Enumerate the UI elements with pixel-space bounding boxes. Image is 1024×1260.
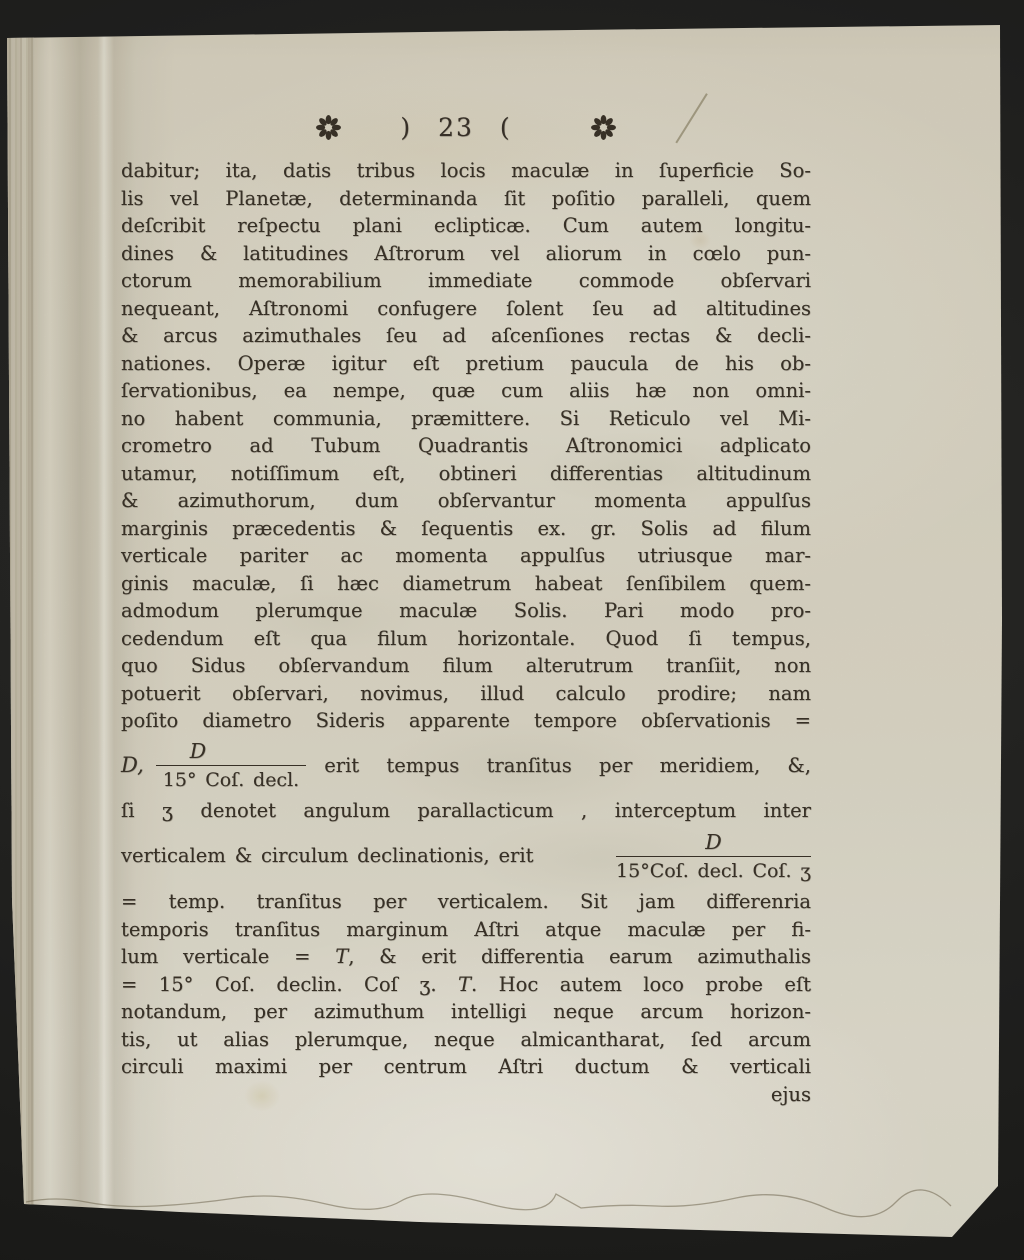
text-line: verticale pariter ac momenta appulſus ut… xyxy=(121,542,811,570)
book-page: ) 23 ( dabitur; ita, datis tribus locis … xyxy=(0,0,1024,1260)
fraction-numerator: D xyxy=(156,739,306,766)
page-header: ) 23 ( xyxy=(121,104,811,150)
text-segment: verticalem & circulum declinationis, eri… xyxy=(121,842,533,870)
text-line: nequeant, Aſtronomi confugere ſolent ſeu… xyxy=(121,295,811,323)
open-parenthesis: ) xyxy=(400,113,412,142)
paper-scratch xyxy=(675,93,707,143)
text-line: & arcus azimuthales ſeu ad aſcenſiones r… xyxy=(121,322,811,350)
text-line: ſervationibus, ea nempe, quæ cum aliis h… xyxy=(121,377,811,405)
text-line: = 15° Coſ. declin. Coſ ʒ. T. Hoc autem l… xyxy=(121,971,811,999)
text-line: lis vel Planetæ, determinanda ſit poſiti… xyxy=(121,185,811,213)
body-text: dabitur; ita, datis tribus locis maculæ … xyxy=(121,157,811,1108)
leaf-edges xyxy=(6,34,34,1208)
text-line: poſito diametro Sideris apparente tempor… xyxy=(121,707,811,735)
rosette-ornament-left xyxy=(315,114,342,141)
text-segment: = 15° Coſ. declin. Coſ ʒ. xyxy=(121,973,458,996)
math-variable: D, xyxy=(121,752,144,780)
text-line: admodum plerumque maculæ Solis. Pari mod… xyxy=(121,597,811,625)
text-line: marginis præcedentis & ſequentis ex. gr.… xyxy=(121,515,811,543)
fraction-numerator: D xyxy=(616,830,811,857)
gutter-shadow xyxy=(28,30,178,1216)
catchword: ejus xyxy=(121,1081,811,1109)
text-line: = temp. tranſitus per verticalem. Sit ja… xyxy=(121,888,811,916)
text-line: ſi ʒ denotet angulum parallacticum , int… xyxy=(121,797,811,825)
text-segment: . Hoc autem loco probe eſt xyxy=(471,973,811,996)
page-number-group: ) 23 ( xyxy=(400,113,511,142)
close-parenthesis: ( xyxy=(500,113,512,142)
text-line: circuli maximi per centrum Aſtri ductum … xyxy=(121,1053,811,1081)
text-line: crometro ad Tubum Quadrantis Aſtronomici… xyxy=(121,432,811,460)
page-number: 23 xyxy=(438,113,474,142)
text-segment: lum verticale = xyxy=(121,945,335,968)
text-line: no habent communia, præmittere. Si Retic… xyxy=(121,405,811,433)
text-line: dines & latitudines Aſtrorum vel aliorum… xyxy=(121,240,811,268)
bottom-crease xyxy=(26,1180,991,1226)
math-variable: T xyxy=(458,973,471,996)
fraction: D 15° Coſ. decl. xyxy=(156,739,306,792)
fraction-denominator: 15°Coſ. decl. Coſ. ʒ xyxy=(616,857,811,882)
formula-transit-vertical: verticalem & circulum declinationis, eri… xyxy=(121,824,811,888)
rosette-ornament-right xyxy=(590,114,617,141)
text-segment: erit tempus tranſitus per meridiem, &, xyxy=(324,752,811,780)
text-line: lum verticale = T, & erit differentia ea… xyxy=(121,943,811,971)
text-line: cedendum eſt qua filum horizontale. Quod… xyxy=(121,625,811,653)
math-variable: T xyxy=(335,945,348,968)
text-line: ctorum memorabilium immediate commode ob… xyxy=(121,267,811,295)
text-line: & azimuthorum, dum obſervantur momenta a… xyxy=(121,487,811,515)
text-line: notandum, per azimuthum intelligi neque … xyxy=(121,998,811,1026)
text-line: dabitur; ita, datis tribus locis maculæ … xyxy=(121,157,811,185)
text-line: temporis tranſitus marginum Aſtri atque … xyxy=(121,916,811,944)
text-line: quo Sidus obſervandum filum alterutrum t… xyxy=(121,652,811,680)
text-line: ginis maculæ, ſi hæc diametrum habeat ſe… xyxy=(121,570,811,598)
text-line: deſcribit reſpectu plani eclipticæ. Cum … xyxy=(121,212,811,240)
fraction: D 15°Coſ. decl. Coſ. ʒ xyxy=(616,830,811,883)
fraction-denominator: 15° Coſ. decl. xyxy=(156,766,306,791)
text-segment: , & erit differentia earum azimuthalis xyxy=(348,945,811,968)
text-line: tis, ut alias plerumque, neque almicanth… xyxy=(121,1026,811,1054)
text-line: nationes. Operæ igitur eſt pretium paucu… xyxy=(121,350,811,378)
text-line: potuerit obſervari, novimus, illud calcu… xyxy=(121,680,811,708)
text-line: utamur, notiſſimum eſt, obtineri differe… xyxy=(121,460,811,488)
formula-transit-meridian: D, D 15° Coſ. decl. erit tempus tranſitu… xyxy=(121,735,811,797)
